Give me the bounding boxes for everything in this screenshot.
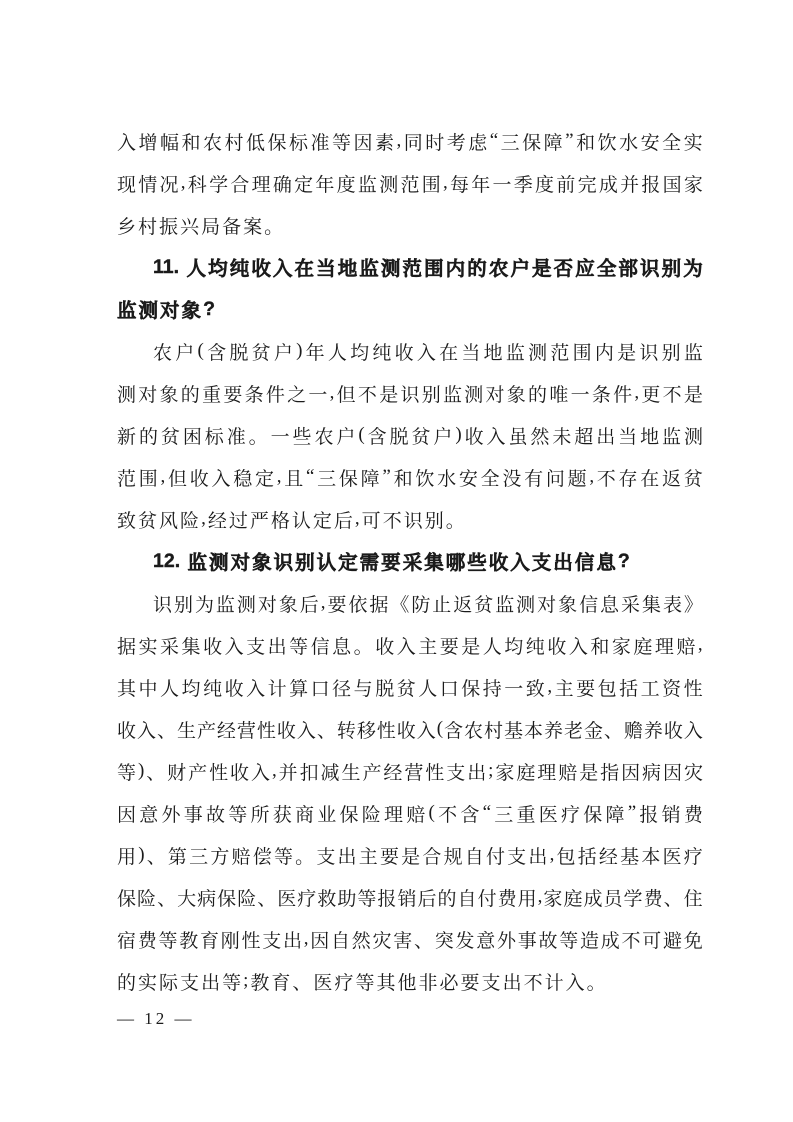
question-12-answer-line: 识别为监测对象后,要依据《防止返贫监测对象信息采集表》 <box>117 582 703 624</box>
question-12-answer-line: 的实际支出等;教育、医疗等其他非必要支出不计入。 <box>117 960 703 1002</box>
page-body: 入增幅和农村低保标准等因素,同时考虑“三保障”和饮水安全实 现情况,科学合理确定… <box>117 120 703 1002</box>
intro-paragraph-line: 乡村振兴局备案。 <box>117 204 703 246</box>
question-11-answer-line: 致贫风险,经过严格认定后,可不识别。 <box>117 498 703 540</box>
question-11-answer-line: 新的贫困标准。一些农户(含脱贫户)收入虽然未超出当地监测 <box>117 414 703 456</box>
intro-paragraph-line: 入增幅和农村低保标准等因素,同时考虑“三保障”和饮水安全实 <box>117 120 703 162</box>
question-11-answer-line: 农户(含脱贫户)年人均纯收入在当地监测范围内是识别监 <box>117 330 703 372</box>
question-12-answer-line: 等)、财产性收入,并扣减生产经营性支出;家庭理赔是指因病因灾 <box>117 750 703 792</box>
question-12-answer-line: 收入、生产经营性收入、转移性收入(含农村基本养老金、赡养收入 <box>117 708 703 750</box>
question-12-heading-line: 12. 监测对象识别认定需要采集哪些收入支出信息? <box>117 540 703 582</box>
document-page: 入增幅和农村低保标准等因素,同时考虑“三保障”和饮水安全实 现情况,科学合理确定… <box>0 0 793 1122</box>
intro-paragraph-line: 现情况,科学合理确定年度监测范围,每年一季度前完成并报国家 <box>117 162 703 204</box>
question-12-answer-line: 用)、第三方赔偿等。支出主要是合规自付支出,包括经基本医疗 <box>117 834 703 876</box>
question-12-answer-line: 其中人均纯收入计算口径与脱贫人口保持一致,主要包括工资性 <box>117 666 703 708</box>
question-12-answer-line: 保险、大病保险、医疗救助等报销后的自付费用,家庭成员学费、住 <box>117 876 703 918</box>
question-11-heading-line: 11. 人均纯收入在当地监测范围内的农户是否应全部识别为 <box>117 246 703 288</box>
question-11-heading-line: 监测对象? <box>117 288 703 330</box>
question-12-answer-line: 因意外事故等所获商业保险理赔(不含“三重医疗保障”报销费 <box>117 792 703 834</box>
page-number: — 12 — <box>117 1003 195 1035</box>
question-12-answer-line: 据实采集收入支出等信息。收入主要是人均纯收入和家庭理赔, <box>117 624 703 666</box>
question-11-answer-line: 范围,但收入稳定,且“三保障”和饮水安全没有问题,不存在返贫 <box>117 456 703 498</box>
question-11-answer-line: 测对象的重要条件之一,但不是识别监测对象的唯一条件,更不是 <box>117 372 703 414</box>
question-12-answer-line: 宿费等教育刚性支出,因自然灾害、突发意外事故等造成不可避免 <box>117 918 703 960</box>
